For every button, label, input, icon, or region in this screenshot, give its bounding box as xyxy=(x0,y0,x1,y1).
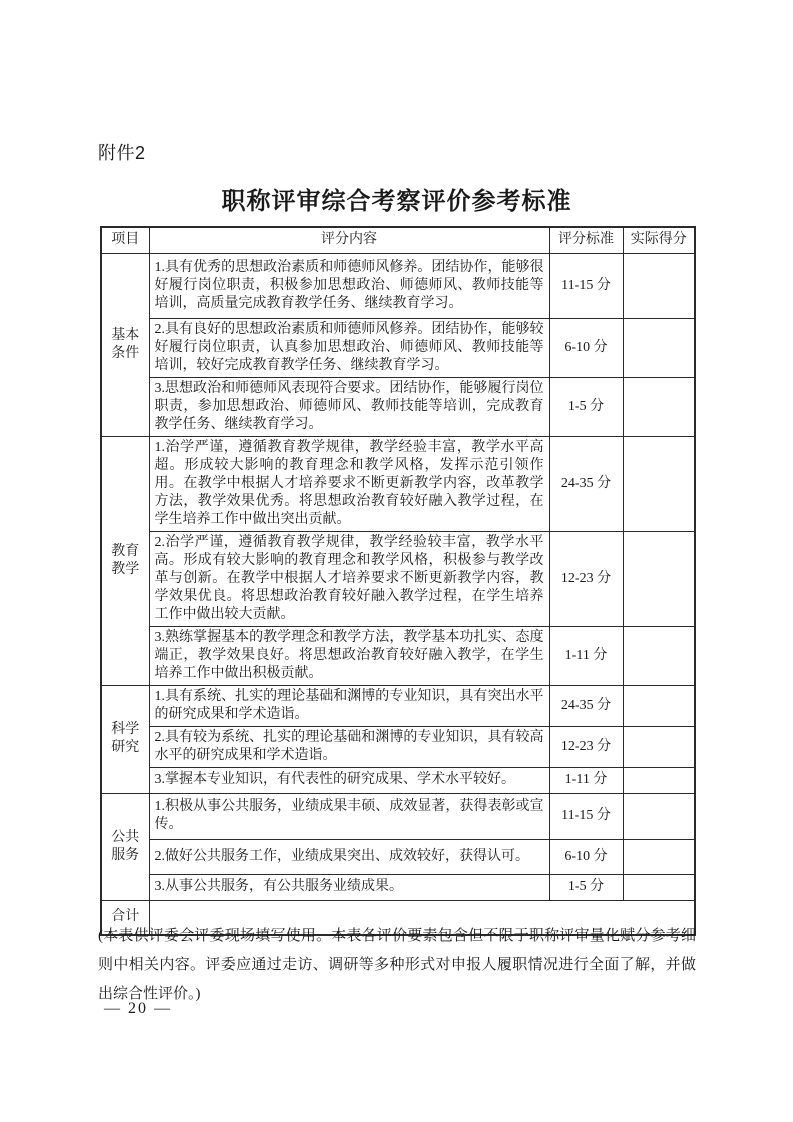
criterion-content: 1.治学严谨，遵循教育教学规律，教学经验丰富，教学水平高超。形成较大影响的教育理… xyxy=(149,436,549,531)
table-row: 科学研究 1.具有系统、扎实的理论基础和渊博的专业知识，具有突出水平的研究成果和… xyxy=(101,685,695,726)
table-row: 3.从事公共服务，有公共服务业绩成果。 1-5 分 xyxy=(101,874,695,900)
table-row: 公共服务 1.积极从事公共服务，业绩成果丰硕、成效显著，获得表彰或宣传。 11-… xyxy=(101,793,695,839)
criterion-content: 1.积极从事公共服务，业绩成果丰硕、成效显著，获得表彰或宣传。 xyxy=(149,793,549,839)
criterion-content: 3.熟练掌握基本的教学理念和教学方法，教学基本功扎实、态度端正，教学效果良好。将… xyxy=(149,626,549,685)
actual-score-cell xyxy=(623,253,695,318)
section-label-public-service: 公共服务 xyxy=(101,793,149,900)
criterion-content: 2.治学严谨，遵循教育教学规律，教学经验较丰富，教学水平高。形成有较大影响的教育… xyxy=(149,531,549,626)
actual-score-cell xyxy=(623,377,695,436)
actual-score-cell xyxy=(623,318,695,377)
actual-score-cell xyxy=(623,839,695,874)
score-standard: 24-35 分 xyxy=(549,436,623,531)
score-standard: 12-23 分 xyxy=(549,726,623,767)
score-standard: 12-23 分 xyxy=(549,531,623,626)
table-header-row: 项目 评分内容 评分标准 实际得分 xyxy=(101,227,695,253)
section-label-education-teaching: 教育教学 xyxy=(101,436,149,685)
document-page: 附件2 职称评审综合考察评价参考标准 项目 评分内容 评分标准 实际得分 基本条… xyxy=(0,0,793,1122)
table-row: 2.具有较为系统、扎实的理论基础和渊博的专业知识，具有较高水平的研究成果和学术造… xyxy=(101,726,695,767)
section-label-basic-conditions: 基本条件 xyxy=(101,253,149,436)
score-standard: 24-35 分 xyxy=(549,685,623,726)
criterion-content: 3.思想政治和师德师风表现符合要求。团结协作，能够履行岗位职责，参加思想政治、师… xyxy=(149,377,549,436)
criterion-content: 3.掌握本专业知识，有代表性的研究成果、学术水平较好。 xyxy=(149,767,549,793)
section-label-scientific-research: 科学研究 xyxy=(101,685,149,793)
score-standard: 1-5 分 xyxy=(549,377,623,436)
score-standard: 11-15 分 xyxy=(549,793,623,839)
criterion-content: 2.具有较为系统、扎实的理论基础和渊博的专业知识，具有较高水平的研究成果和学术造… xyxy=(149,726,549,767)
column-header-actual: 实际得分 xyxy=(623,227,695,253)
table-row: 2.治学严谨，遵循教育教学规律，教学经验较丰富，教学水平高。形成有较大影响的教育… xyxy=(101,531,695,626)
criterion-content: 3.从事公共服务，有公共服务业绩成果。 xyxy=(149,874,549,900)
table-row: 3.熟练掌握基本的教学理念和教学方法，教学基本功扎实、态度端正，教学效果良好。将… xyxy=(101,626,695,685)
score-standard: 1-11 分 xyxy=(549,767,623,793)
criterion-content: 2.做好公共服务工作，业绩成果突出、成效较好，获得认可。 xyxy=(149,839,549,874)
score-standard: 11-15 分 xyxy=(549,253,623,318)
criterion-content: 2.具有良好的思想政治素质和师德师风修养。团结协作，能够较好履行岗位职责，认真参… xyxy=(149,318,549,377)
score-standard: 1-5 分 xyxy=(549,874,623,900)
column-header-content: 评分内容 xyxy=(149,227,549,253)
table-row: 基本条件 1.具有优秀的思想政治素质和师德师风修养。团结协作，能够很好履行岗位职… xyxy=(101,253,695,318)
table-row: 3.掌握本专业知识，有代表性的研究成果、学术水平较好。 1-11 分 xyxy=(101,767,695,793)
criterion-content: 1.具有优秀的思想政治素质和师德师风修养。团结协作，能够很好履行岗位职责，积极参… xyxy=(149,253,549,318)
actual-score-cell xyxy=(623,626,695,685)
column-header-item: 项目 xyxy=(101,227,149,253)
criterion-content: 1.具有系统、扎实的理论基础和渊博的专业知识，具有突出水平的研究成果和学术造诣。 xyxy=(149,685,549,726)
table-row: 3.思想政治和师德师风表现符合要求。团结协作，能够履行岗位职责，参加思想政治、师… xyxy=(101,377,695,436)
actual-score-cell xyxy=(623,531,695,626)
evaluation-table-container: 项目 评分内容 评分标准 实际得分 基本条件 1.具有优秀的思想政治素质和师德师… xyxy=(100,226,694,936)
actual-score-cell xyxy=(623,726,695,767)
score-standard: 1-11 分 xyxy=(549,626,623,685)
table-row: 2.做好公共服务工作，业绩成果突出、成效较好，获得认可。 6-10 分 xyxy=(101,839,695,874)
attachment-label: 附件2 xyxy=(98,139,146,165)
actual-score-cell xyxy=(623,793,695,839)
evaluation-table: 项目 评分内容 评分标准 实际得分 基本条件 1.具有优秀的思想政治素质和师德师… xyxy=(100,226,696,936)
table-row: 2.具有良好的思想政治素质和师德师风修养。团结协作，能够较好履行岗位职责，认真参… xyxy=(101,318,695,377)
actual-score-cell xyxy=(623,436,695,531)
page-number: — 20 — xyxy=(104,1000,172,1018)
footnote: (本表供评委会评委现场填写使用。本表各评价要素包含但不限于职称评审量化赋分参考细… xyxy=(98,922,696,1009)
score-standard: 6-10 分 xyxy=(549,318,623,377)
document-title: 职称评审综合考察评价参考标准 xyxy=(0,181,793,216)
column-header-standard: 评分标准 xyxy=(549,227,623,253)
actual-score-cell xyxy=(623,874,695,900)
actual-score-cell xyxy=(623,767,695,793)
score-standard: 6-10 分 xyxy=(549,839,623,874)
table-row: 教育教学 1.治学严谨，遵循教育教学规律，教学经验丰富，教学水平高超。形成较大影… xyxy=(101,436,695,531)
actual-score-cell xyxy=(623,685,695,726)
